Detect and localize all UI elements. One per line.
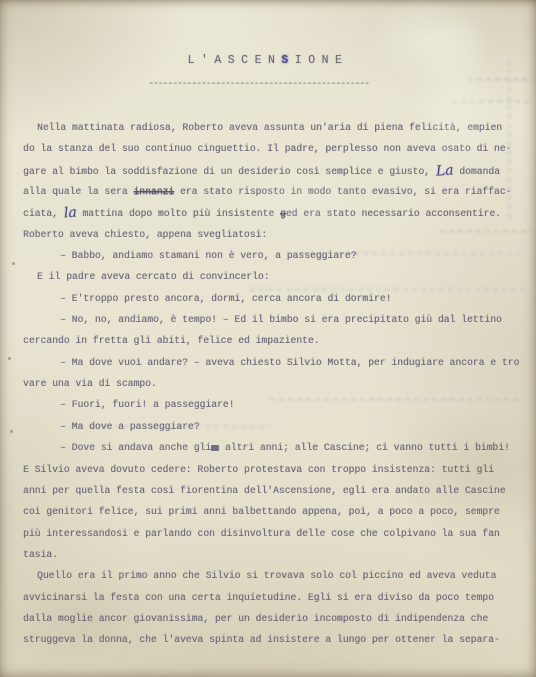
typed-segment: ed era stato necessario acconsentire. (286, 208, 501, 219)
typed-segment: E Silvio aveva dovuto cedere: Roberto pr… (23, 464, 494, 475)
typed-segment: mattina dopo molto più insistente (77, 208, 280, 219)
typed-line: Nella mattinata radiosa, Roberto aveva a… (0, 117, 536, 138)
typed-segment: L'ASCEN (188, 54, 282, 67)
typed-segment: più interessandosi e parlando con disinv… (23, 528, 500, 539)
typed-line: alla quale la sera innanzi era stato ris… (0, 181, 536, 202)
typed-segment: era stato risposto in modo tanto evasivo… (174, 186, 511, 197)
typed-segment: ciata, (23, 208, 64, 219)
typed-segment: gare al bimbo la soddisfazione di un des… (23, 166, 436, 177)
handwritten-correction: La (435, 160, 454, 183)
typed-segment: struggeva la donna, che l'aveva spinta a… (23, 634, 500, 645)
document-page: L'ASCENSIONE ---------------------------… (0, 0, 536, 677)
typed-segment: – No, no, andiamo, è tempo! – Ed il bimb… (60, 314, 502, 325)
typed-line: struggeva la donna, che l'aveva spinta a… (0, 629, 536, 650)
typed-segment: coi genitori felice, sui primi anni balb… (23, 506, 500, 517)
typed-segment: Nella mattinata radiosa, Roberto aveva a… (37, 122, 502, 133)
typed-line: – Ma dove vuoi andare? – aveva chiesto S… (0, 352, 536, 373)
typed-segment: dalla moglie ancor giovanissima, per un … (23, 613, 488, 624)
typed-segment: Quello era il primo anno che Silvio si t… (37, 570, 496, 581)
handwritten-correction: la (63, 203, 77, 225)
typed-line: – Ma dove a passeggiare? (0, 416, 536, 437)
typed-segment: E il padre aveva cercato di convincerlo: (37, 271, 270, 282)
typed-segment: – Fuori, fuori! a passeggiare! (60, 399, 234, 410)
typed-text: Nella mattinata radiosa, Roberto aveva a… (0, 117, 536, 651)
typed-line: anni per quella festa così fiorentina de… (0, 480, 536, 501)
typed-segment: altri anni; alle Cascine; ci vanno tutti… (219, 442, 510, 453)
typed-line: più interessandosi e parlando con disinv… (0, 523, 536, 544)
typed-line: coi genitori felice, sui primi anni balb… (0, 501, 536, 522)
typed-line: avvicinarsi la festa con una certa inqui… (0, 587, 536, 608)
ink-blot-overstrike (211, 445, 219, 451)
typed-segment: tasia. (23, 549, 58, 560)
typed-line: Roberto aveva chiesto, appena svegliatos… (0, 224, 536, 245)
typed-line: cercando in fretta gli abiti, felice ed … (0, 330, 536, 351)
typed-line: gare al bimbo la soddisfazione di un des… (0, 160, 536, 181)
typed-segment: – Dove si andava anche gli (60, 442, 211, 453)
typed-segment: cercando in fretta gli abiti, felice ed … (23, 335, 320, 346)
typed-segment: – Ma dove a passeggiare? (60, 421, 200, 432)
overstruck-letter: S (281, 54, 294, 67)
typed-line: Quello era il primo anno che Silvio si t… (0, 565, 536, 586)
typed-line: dalla moglie ancor giovanissima, per un … (0, 608, 536, 629)
typed-line: E il padre aveva cercato di convincerlo: (0, 266, 536, 287)
typed-segment: avvicinarsi la festa con una certa inqui… (23, 592, 494, 603)
typed-segment: domanda (453, 166, 500, 177)
typed-line: E Silvio aveva dovuto cedere: Roberto pr… (0, 459, 536, 480)
typed-segment: alla quale la sera (23, 186, 133, 197)
typed-line: – Fuori, fuori! a passeggiare! (0, 394, 536, 415)
typed-segment: – Babbo, andiamo stamani non è vero, a p… (60, 250, 357, 261)
ink-bleed-mark (452, 100, 532, 103)
typed-line: – No, no, andiamo, è tempo! – Ed il bimb… (0, 309, 536, 330)
document-title: L'ASCENSIONE (0, 54, 536, 67)
ink-bleed-mark (468, 78, 532, 81)
typed-line: – Dove si andava anche gli altri anni; a… (0, 437, 536, 458)
typed-segment: anni per quella festa così fiorentina de… (23, 485, 506, 496)
typed-segment: vare una via di scampo. (23, 378, 157, 389)
typed-line: vare una via di scampo. (0, 373, 536, 394)
typed-segment: Roberto aveva chiesto, appena svegliatos… (23, 229, 267, 240)
typed-line: – Babbo, andiamo stamani non è vero, a p… (0, 245, 536, 266)
struck-out-text: innanzi (133, 186, 174, 197)
typed-segment: do la stanza del suo continuo cinguettio… (23, 143, 511, 154)
typed-line: do la stanza del suo continuo cinguettio… (0, 138, 536, 159)
typed-line: ciata, la mattina dopo molto più insiste… (0, 202, 536, 223)
typed-line: – E'troppo presto ancora, dormi, cerca a… (0, 288, 536, 309)
typed-segment: – E'troppo presto ancora, dormi, cerca a… (60, 293, 391, 304)
typed-segment: – Ma dove vuoi andare? – aveva chiesto S… (60, 357, 519, 368)
typed-segment: IONE (295, 54, 349, 67)
title-underline: ----------------------------------------… (148, 79, 369, 90)
typed-line: tasia. (0, 544, 536, 565)
